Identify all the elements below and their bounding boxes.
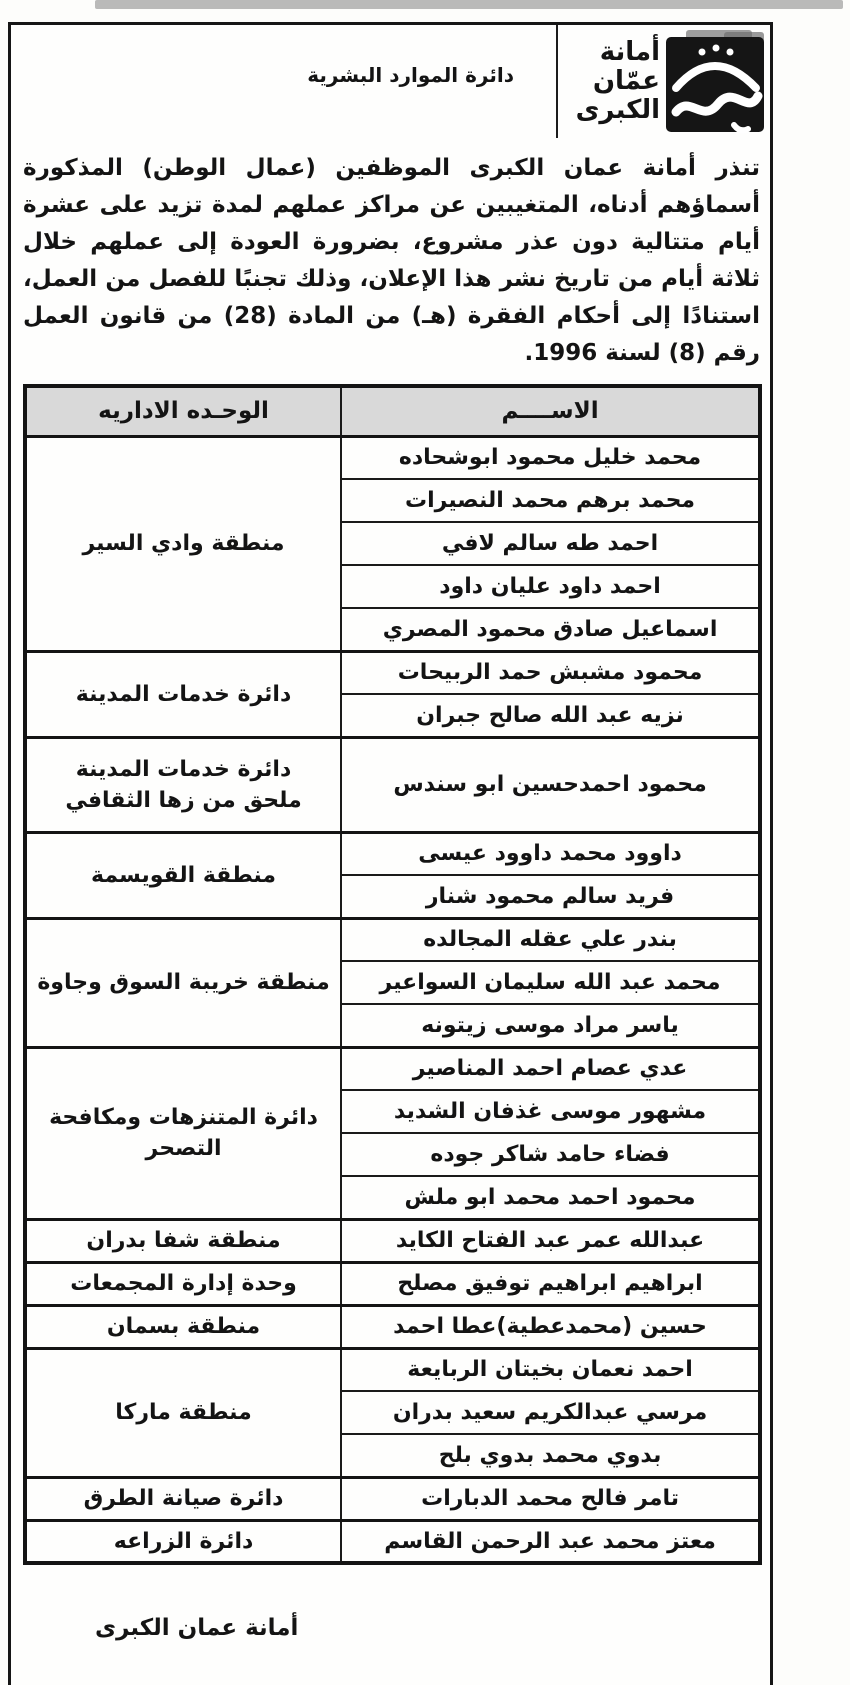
employee-name: محمد عبد الله سليمان السواعير	[341, 961, 760, 1004]
admin-unit: دائرة الزراعه	[25, 1520, 341, 1563]
admin-unit: منطقة خريبة السوق وجاوة	[25, 918, 341, 1047]
employee-name: معتز محمد عبد الرحمن القاسم	[341, 1520, 760, 1563]
employee-name: عبدالله عمر عبد الفتاح الكايد	[341, 1219, 760, 1262]
logo-wordmark-line2: عمّان	[576, 67, 660, 96]
logo-wordmark-line1: أمانة	[576, 38, 660, 67]
signature-municipality: أمانة عمان الكبرى	[11, 1615, 770, 1641]
employee-name: بدوي محمد بدوي بلح	[341, 1434, 760, 1477]
table-row: ابراهيم ابراهيم توفيق مصلح وحدة إدارة ال…	[25, 1262, 760, 1305]
column-header-name: الاســــم	[341, 386, 760, 436]
employee-name: احمد داود عليان داود	[341, 565, 760, 608]
employee-name: محمد برهم محمد النصيرات	[341, 479, 760, 522]
table-row: عبدالله عمر عبد الفتاح الكايد منطقة شفا …	[25, 1219, 760, 1262]
admin-unit: منطقة القويسمة	[25, 832, 341, 918]
admin-unit: دائرة المتنزهات ومكافحة التصحر	[25, 1047, 341, 1219]
employee-name: داوود محمد داوود عيسى	[341, 832, 760, 875]
table-row: داوود محمد داوود عيسى منطقة القويسمة	[25, 832, 760, 875]
admin-unit: منطقة شفا بدران	[25, 1219, 341, 1262]
amman-municipality-emblem-icon	[664, 30, 768, 134]
department-cell: دائرة الموارد البشرية	[11, 25, 556, 138]
column-header-unit: الوحـده الاداريه	[25, 386, 341, 436]
table-row: محمود احمدحسين ابو سندس دائرة خدمات المد…	[25, 737, 760, 832]
employee-name: عدي عصام احمد المناصير	[341, 1047, 760, 1090]
scanned-notice-page: { "header": { "department": "دائرة الموا…	[0, 0, 850, 1685]
employee-name: ياسر مراد موسى زيتونه	[341, 1004, 760, 1047]
employee-name: احمد طه سالم لافي	[341, 522, 760, 565]
table-row: احمد نعمان بخيتان الربايعة منطقة ماركا	[25, 1348, 760, 1391]
table-row: تامر فالح محمد الدبارات دائرة صيانة الطر…	[25, 1477, 760, 1520]
employee-name: حسين (محمدعطية)عطا احمد	[341, 1305, 760, 1348]
table-row: محمود مشبش حمد الربيحات دائرة خدمات المد…	[25, 651, 760, 694]
employee-name: مشهور موسى غذفان الشديد	[341, 1090, 760, 1133]
employee-name: احمد نعمان بخيتان الربايعة	[341, 1348, 760, 1391]
employee-name: مرسي عبدالكريم سعيد بدران	[341, 1391, 760, 1434]
employee-name: اسماعيل صادق محمود المصري	[341, 608, 760, 651]
admin-unit: منطقة ماركا	[25, 1348, 341, 1477]
table-row: بندر علي عقله المجالده منطقة خريبة السوق…	[25, 918, 760, 961]
department-title: دائرة الموارد البشرية	[307, 63, 514, 87]
employee-name: محمود مشبش حمد الربيحات	[341, 651, 760, 694]
admin-unit: منطقة بسمان	[25, 1305, 341, 1348]
admin-unit: وحدة إدارة المجمعات	[25, 1262, 341, 1305]
employee-name: فريد سالم محمود شنار	[341, 875, 760, 918]
employee-name: محمود احمدحسين ابو سندس	[341, 737, 760, 832]
table-header-row: الاســــم الوحـده الاداريه	[25, 386, 760, 436]
employee-name: نزيه عبد الله صالح جبران	[341, 694, 760, 737]
employee-name: محمد خليل محمود ابوشحاده	[341, 436, 760, 479]
admin-unit: منطقة وادي السير	[25, 436, 341, 651]
document-frame: أمانة عمّان الكبرى دائرة الموارد البشرية…	[8, 22, 773, 1685]
employee-name: فضاء حامد شاكر جوده	[341, 1133, 760, 1176]
absent-employees-table: الاســــم الوحـده الاداريه محمد خليل محم…	[23, 384, 762, 1565]
logo-wordmark-line3: الكبرى	[576, 96, 660, 125]
warning-notice-paragraph: تنذر أمانة عمان الكبرى الموظفين (عمال ال…	[11, 138, 770, 372]
employee-name: بندر علي عقله المجالده	[341, 918, 760, 961]
table-row: معتز محمد عبد الرحمن القاسم دائرة الزراع…	[25, 1520, 760, 1563]
table-row: عدي عصام احمد المناصير دائرة المتنزهات و…	[25, 1047, 760, 1090]
admin-unit: دائرة خدمات المدينة ملحق من زها الثقافي	[25, 737, 341, 832]
scan-artifact-smudge	[95, 0, 843, 9]
document-header: أمانة عمّان الكبرى دائرة الموارد البشرية	[11, 25, 770, 138]
municipality-logo-wordmark: أمانة عمّان الكبرى	[576, 38, 660, 125]
admin-unit: دائرة صيانة الطرق	[25, 1477, 341, 1520]
employee-name: تامر فالح محمد الدبارات	[341, 1477, 760, 1520]
municipality-logo-block: أمانة عمّان الكبرى	[556, 25, 770, 138]
employee-name: محمود احمد محمد ابو ملش	[341, 1176, 760, 1219]
admin-unit: دائرة خدمات المدينة	[25, 651, 341, 737]
table-row: حسين (محمدعطية)عطا احمد منطقة بسمان	[25, 1305, 760, 1348]
table-row: محمد خليل محمود ابوشحاده منطقة وادي السي…	[25, 436, 760, 479]
employee-name: ابراهيم ابراهيم توفيق مصلح	[341, 1262, 760, 1305]
